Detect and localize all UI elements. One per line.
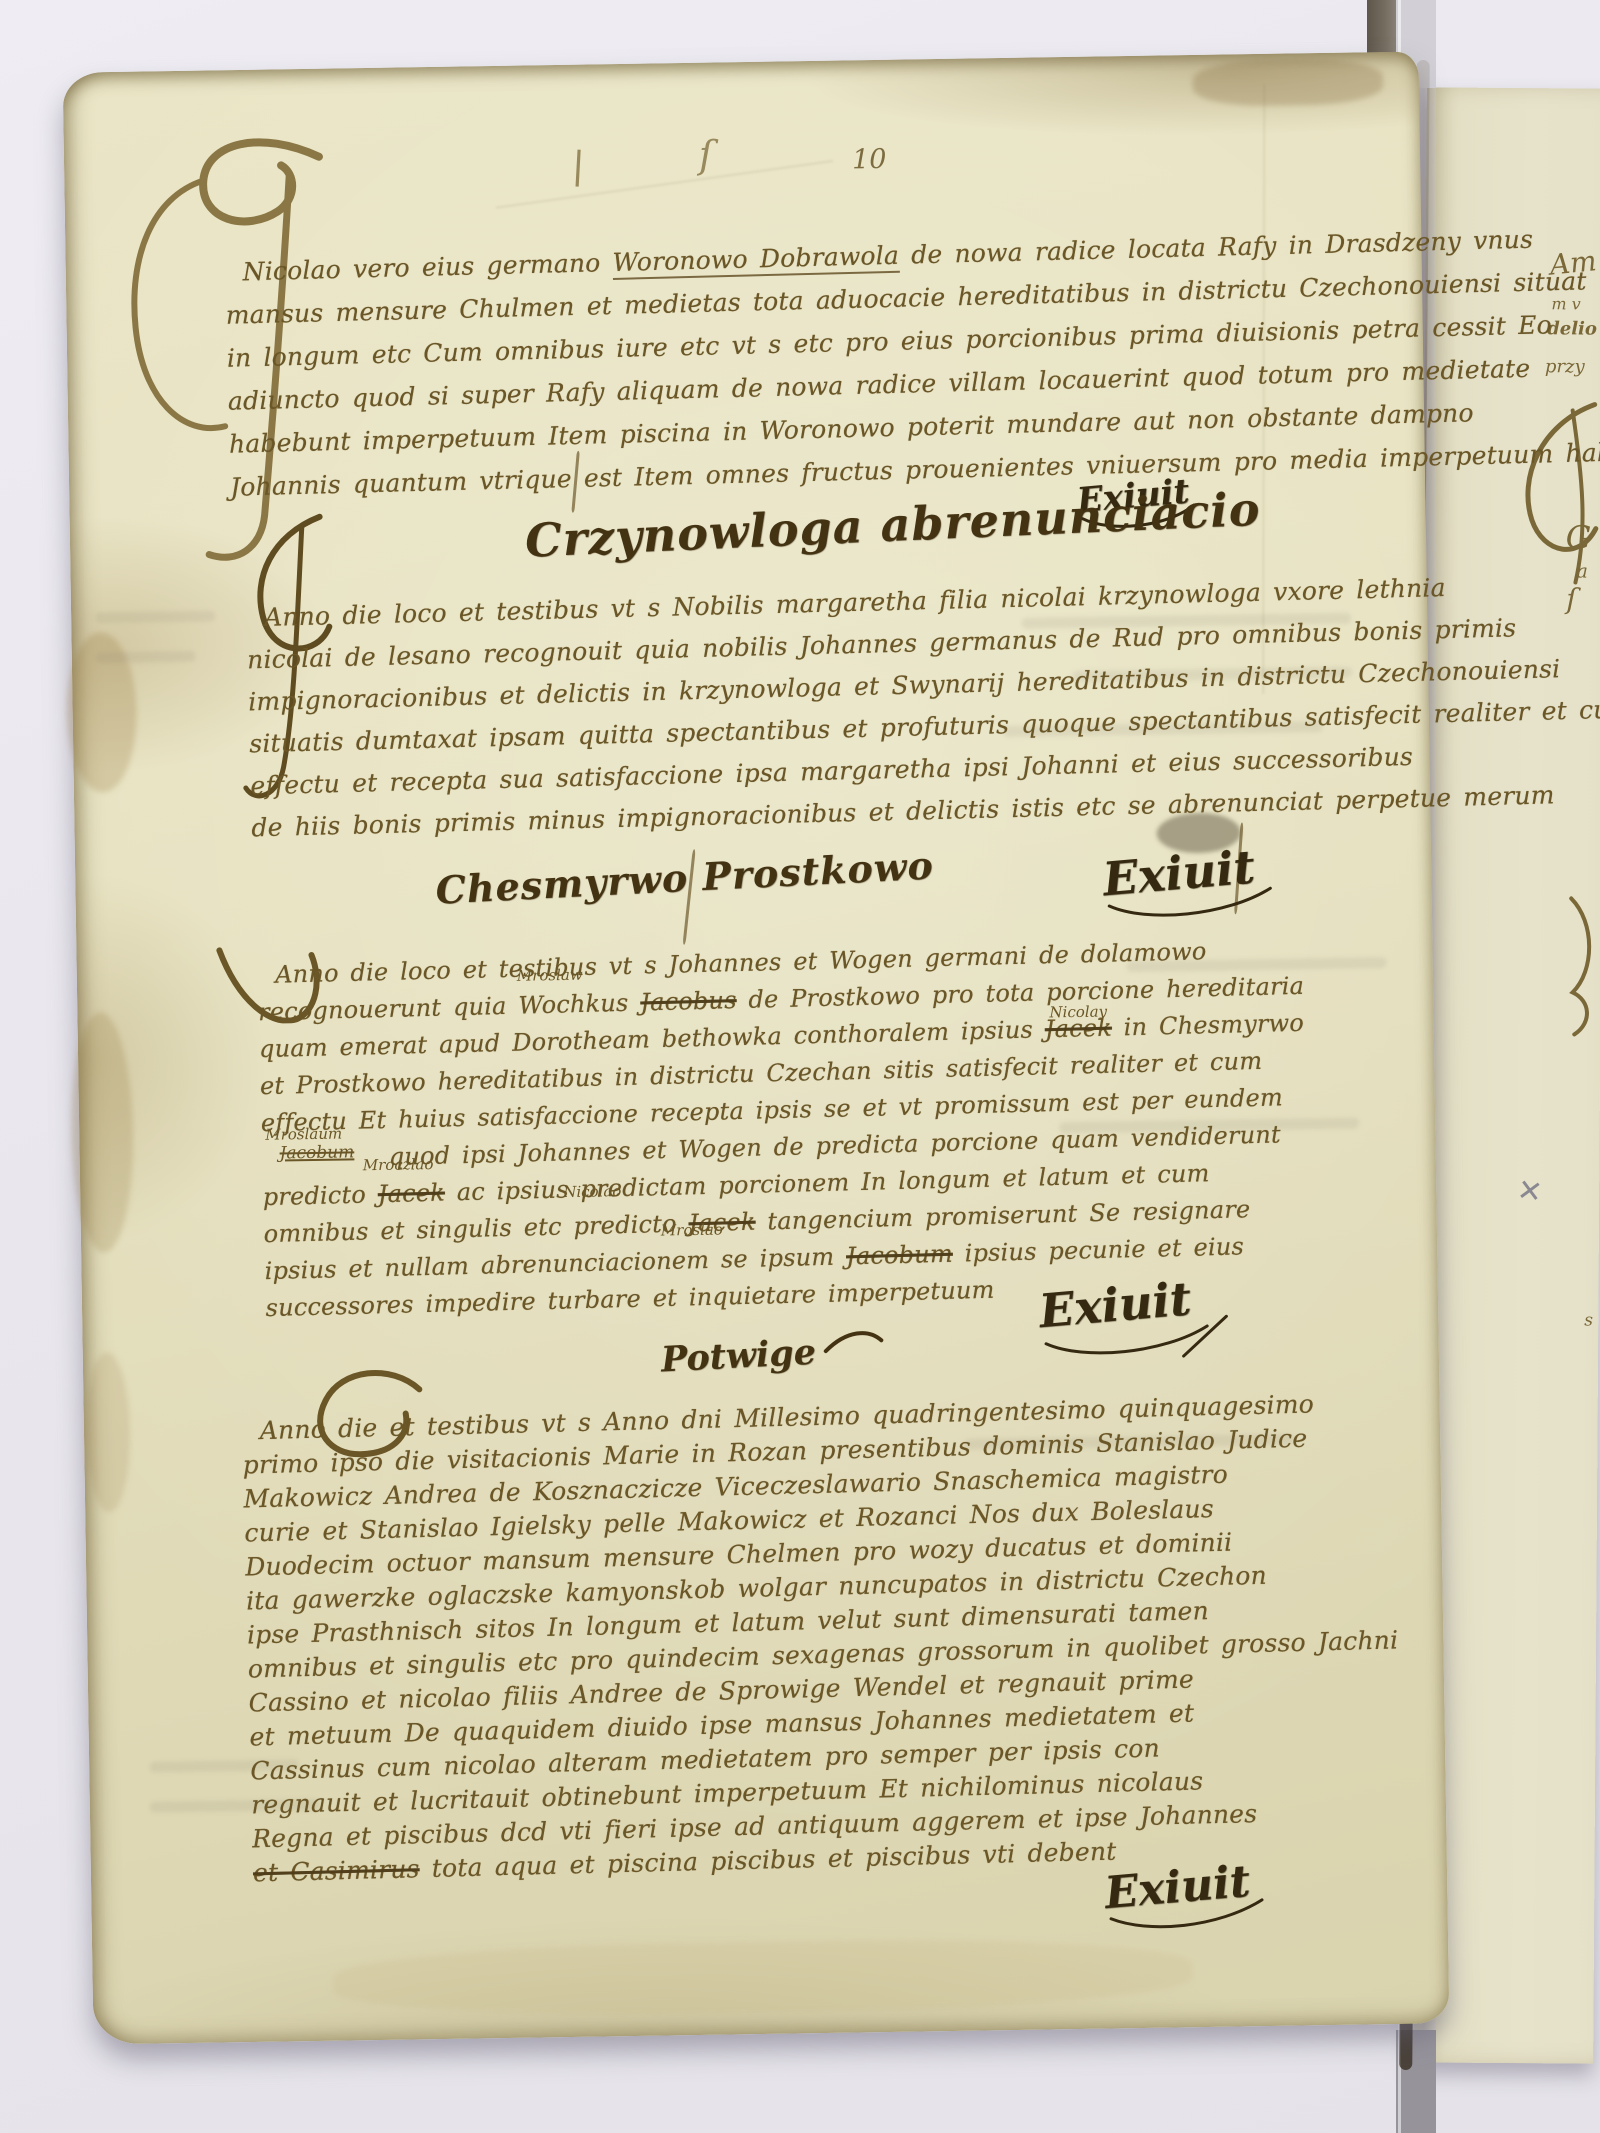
interlinear-note: Mroslaw <box>517 966 583 985</box>
margin-note-struck: Jacobum <box>279 1142 354 1163</box>
interlinear-note: Mroczlao <box>363 1155 434 1174</box>
exiuit-mark: Exiuit <box>1103 1855 1268 1937</box>
parchment-stain <box>85 1352 132 1513</box>
section-heading: Chesmyrwo Prostkowo <box>434 843 934 913</box>
facing-flourish-icon <box>1509 396 1600 587</box>
entry-4-text: Anno die et testibus vt s Anno dni Mille… <box>241 1388 1383 1892</box>
interlinear-note: Mroslao <box>661 1221 723 1240</box>
section-heading: Potwige <box>660 1324 887 1380</box>
line-segment: in Chesmyrwo <box>1112 1009 1305 1042</box>
facing-text-fragment: a <box>1576 560 1587 582</box>
margin-note: Mroslaum Jacobum <box>265 1124 354 1163</box>
facing-text-fragment: G <box>1566 518 1592 556</box>
pen-trial-mark: ∣ <box>571 146 585 193</box>
underlined-words: Woronowo Dobrawola <box>612 241 899 280</box>
entry-1-text: Nicolao vero eius germano Woronowo Dobra… <box>224 229 1380 516</box>
pencil-x-mark: ✕ <box>1515 1172 1545 1210</box>
parchment-stain <box>332 1935 1193 2018</box>
line-segment: predicto <box>262 1180 378 1211</box>
heading-swash-icon <box>821 1324 886 1355</box>
margin-note-correction: Mroslaum <box>265 1124 354 1143</box>
ink-showthrough <box>96 651 196 664</box>
exiuit-mark: Exiuit <box>1037 1268 1234 1370</box>
struck-word: Jacek <box>377 1179 445 1209</box>
facing-flourish-icon <box>1560 894 1599 1036</box>
struck-word: Jacobus <box>640 986 737 1016</box>
parchment-stain <box>69 1012 135 1253</box>
line-segment: ipsius pecunie et eius <box>952 1232 1244 1267</box>
facing-text-fragment: m v <box>1551 294 1580 313</box>
manuscript-photo: Am m v delio przy G a ſ s ✕ <box>0 0 1600 2133</box>
facing-text-fragment: przy <box>1545 356 1585 377</box>
parchment-crease <box>496 160 833 209</box>
facing-text-fragment: delio <box>1547 318 1597 339</box>
manuscript-page: 10 ∣ ſ Nicolao vero eius germano Woronow… <box>63 51 1450 2044</box>
interlinear-note: Nicolao <box>563 1182 621 1201</box>
facing-text-fragment: ſ <box>1566 582 1577 615</box>
struck-word: Jacobum <box>846 1240 953 1271</box>
exiuit-mark: Exiuit <box>1101 838 1277 924</box>
struck-word: et Casimirus <box>253 1854 420 1887</box>
entry-2-text: Anno die loco et testibus vt s Nobilis m… <box>246 575 1382 856</box>
parchment-stain <box>1193 58 1384 107</box>
facing-text-fragment: s <box>1584 1311 1593 1331</box>
interlinear-note: Nicolay <box>1049 1002 1107 1021</box>
folio-number: 10 <box>852 144 887 176</box>
section-heading-label: Potwige <box>660 1332 817 1381</box>
ink-showthrough <box>95 610 215 623</box>
pen-trial-mark: ſ <box>699 133 714 177</box>
